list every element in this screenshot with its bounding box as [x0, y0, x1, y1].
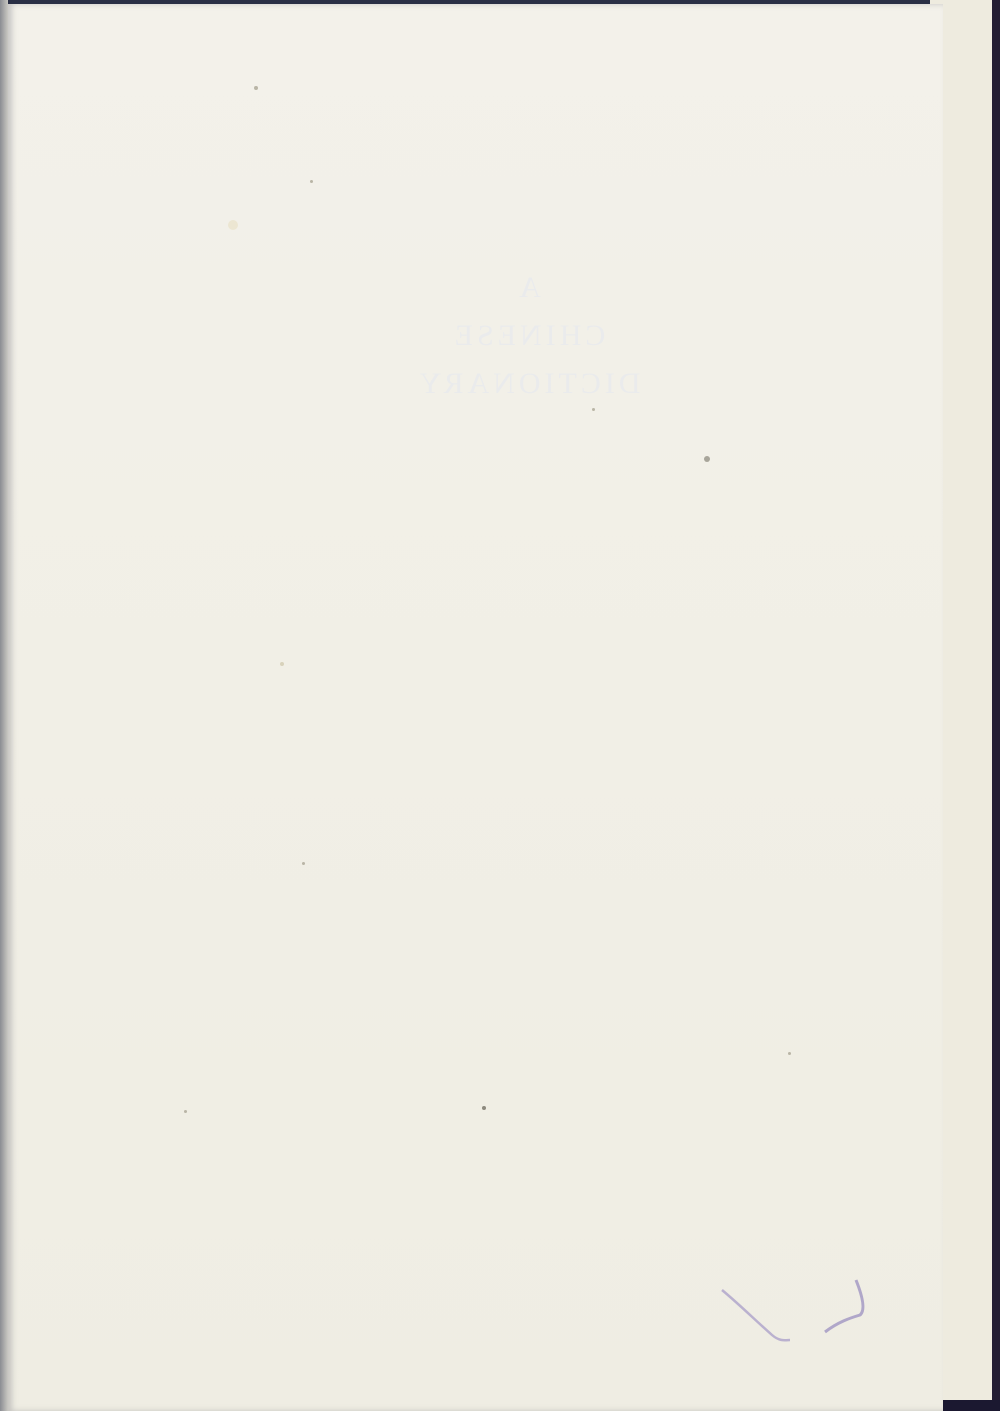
ink-mark	[710, 1260, 880, 1350]
paper-speck	[310, 180, 313, 183]
show-through-line: DICTIONARY	[348, 360, 708, 408]
paper-speck	[302, 862, 305, 865]
scan-background-right	[992, 0, 1000, 1411]
paper-speck	[184, 1110, 187, 1113]
paper-speck	[482, 1106, 486, 1110]
scan-background-bottom	[935, 1400, 1000, 1411]
show-through-text: A CHINESE DICTIONARY	[348, 264, 708, 408]
paper-speck	[280, 662, 284, 666]
paper-speck	[704, 456, 710, 462]
paper-speck	[254, 86, 258, 90]
show-through-line: CHINESE	[348, 312, 708, 360]
paper-speck	[592, 408, 595, 411]
show-through-line: A	[348, 264, 708, 312]
blank-page: A CHINESE DICTIONARY	[8, 4, 943, 1411]
page-left-edge	[0, 0, 8, 1411]
paper-speck	[228, 220, 238, 230]
paper-speck	[788, 1052, 791, 1055]
